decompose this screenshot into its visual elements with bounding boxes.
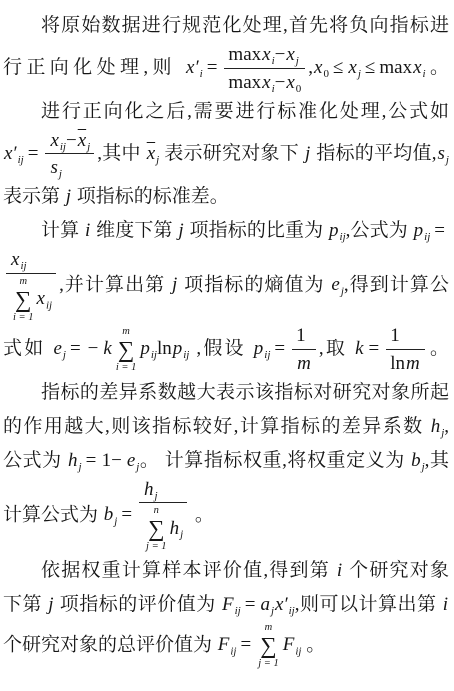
math-operator: ≤ <box>365 57 375 78</box>
fraction-numerator: xij <box>6 248 56 273</box>
text-run: 项指标的标准差。 <box>72 186 229 207</box>
math-var: a <box>260 594 270 615</box>
math-func: max <box>228 44 261 65</box>
math-var: h <box>170 518 180 539</box>
math-var: p <box>414 220 424 241</box>
math-subscript: j <box>87 141 90 153</box>
math-operator: = <box>274 338 285 359</box>
math-subscript: ij <box>46 299 52 311</box>
text-run: 将原始数据进行规范化处理,首先将负向指标进 <box>41 15 449 36</box>
math-subscript: ij <box>264 349 270 361</box>
math-func: ln <box>390 353 405 374</box>
math-var-overbar: x <box>147 143 155 164</box>
math-var: F <box>222 594 234 615</box>
fraction-denominator: m <box>292 349 316 376</box>
text-run: 依据权重计算样本评价值,得到第 <box>41 560 336 581</box>
summation: m∑j = 1 <box>258 622 279 670</box>
math-subscript: ij <box>230 645 236 657</box>
math-var: x′ <box>275 594 288 615</box>
math-var: m <box>297 353 311 374</box>
sum-lower-limit: j = 1 <box>258 658 279 670</box>
math-operator: = <box>28 143 39 164</box>
math-var: i <box>443 594 448 615</box>
math-subscript: j <box>271 605 274 617</box>
math-var: s <box>50 157 57 178</box>
text-run: , <box>308 57 313 78</box>
document-page: 将原始数据进行规范化处理,首先将负向指标进 行正向化处理,则 x′i=maxxi… <box>3 9 449 670</box>
math-var: s <box>438 143 445 164</box>
math-var: x <box>286 44 294 65</box>
math-number: 1 <box>390 325 400 346</box>
math-subscript: j <box>296 55 299 67</box>
math-var: F <box>218 634 230 655</box>
math-var: k <box>103 338 111 359</box>
math-var: p <box>140 338 150 359</box>
text-run: ,则可以计算出第 <box>295 594 442 615</box>
paragraph-1: 将原始数据进行规范化处理,首先将负向指标进 行正向化处理,则 x′i=maxxi… <box>3 9 449 95</box>
p5-line2: 下第 j 项指标的评价值为 Fij=ajx′ij,则可以计算出第 i <box>3 588 449 622</box>
p4-line1: 指标的差异系数越大表示该指标对研究对象所起 <box>3 376 449 410</box>
paragraph-3: 计算 i 维度下第 j 项指标的比重为 pij,公式为 pij= xijm∑i … <box>3 214 449 376</box>
math-operator: = <box>241 634 252 655</box>
math-operator: = <box>245 594 256 615</box>
text-run: 项指标的熵值为 <box>178 274 330 295</box>
sigma-symbol: ∑ <box>260 634 276 658</box>
math-subscript: 0 <box>323 68 329 80</box>
text-run: 项指标的评价值为 <box>55 594 221 615</box>
text-run: ,其中 <box>97 143 146 164</box>
p3-line3: 式如 ej= −km∑i = 1pijlnpij ,假设 pij=1m,取 k=… <box>3 324 449 376</box>
math-var: h <box>68 450 78 471</box>
text-run: 计算公式为 <box>3 504 103 525</box>
text-run: 式如 <box>3 338 52 359</box>
math-operator: − <box>275 72 286 93</box>
p2-line1: 进行正向化之后,需要进行标准化处理,公式如 <box>3 95 449 129</box>
sum-upper-limit: m <box>19 276 27 288</box>
math-var: x <box>286 72 294 93</box>
text-run: 进行正向化之后,需要进行标准化处理,公式如 <box>41 101 449 122</box>
math-operator: = <box>434 220 445 241</box>
fraction-denominator: m∑i = 1xij <box>6 273 56 324</box>
text-run: 。 <box>426 57 449 78</box>
text-run: 维度下第 <box>91 220 177 241</box>
math-subscript: j <box>114 515 117 527</box>
p2-line2: x′ij=xij−xjsj,其中 xj 表示研究对象下 j 指标的平均值,sj <box>3 129 449 181</box>
summation: m∑i = 1 <box>116 326 137 374</box>
text-run: 。 计算指标权重,将权重定义为 <box>139 450 410 471</box>
math-operator: = <box>369 338 380 359</box>
math-var: p <box>173 338 183 359</box>
math-func: ln <box>157 338 172 359</box>
math-var: x <box>37 288 45 309</box>
sum-upper-limit: m <box>122 326 130 338</box>
math-var: p <box>329 220 339 241</box>
text-run: ,取 <box>319 338 354 359</box>
math-var: x <box>314 57 322 78</box>
text-run: 行正向化处理,则 <box>3 57 185 78</box>
math-func: max <box>379 57 412 78</box>
text-run: 表示研究对象下 <box>159 143 304 164</box>
math-subscript: j <box>180 529 183 541</box>
math-subscript: i <box>200 68 203 80</box>
math-operator: − <box>66 130 77 151</box>
fraction: 1lnm <box>386 324 425 376</box>
text-run: 计算 <box>41 220 84 241</box>
text-run: 。 <box>190 504 214 525</box>
math-var: x <box>348 57 356 78</box>
text-run: 下第 <box>3 594 47 615</box>
paragraph-4: 指标的差异系数越大表示该指标对研究对象所起 的作用越大,则该指标较好,计算指标的… <box>3 376 449 554</box>
p2-line3: 表示第 j 项指标的标准差。 <box>3 180 449 214</box>
sum-lower-limit: i = 1 <box>116 362 137 374</box>
text-run: 表示第 <box>3 186 65 207</box>
fraction-numerator: maxxi−xj <box>224 43 305 68</box>
summation: n∑j = 1 <box>146 505 167 553</box>
fraction-numerator: 1 <box>386 324 425 349</box>
math-var: b <box>104 504 114 525</box>
math-operator: = <box>207 57 218 78</box>
math-var: e <box>331 274 339 295</box>
text-run: 。 <box>301 634 325 655</box>
math-subscript: ij <box>424 231 430 243</box>
math-var: j <box>305 143 310 164</box>
math-var: j <box>66 186 71 207</box>
math-var: F <box>283 634 295 655</box>
math-var: x <box>50 130 58 151</box>
text-run: , <box>444 416 449 437</box>
fraction-numerator: hj <box>139 478 187 503</box>
text-run: 的作用越大,则该指标较好,计算指标的差异系数 <box>3 416 430 437</box>
math-var: x′ <box>186 57 199 78</box>
sigma-symbol: ∑ <box>148 517 164 541</box>
math-operator: = 1− <box>86 450 122 471</box>
math-var-overbar: x <box>78 130 86 151</box>
math-subscript: j <box>155 490 158 502</box>
text-run: ,公式为 <box>346 220 413 241</box>
math-subscript: j <box>446 154 449 166</box>
math-number: 1 <box>296 325 306 346</box>
p5-line1: 依据权重计算样本评价值,得到第 i 个研究对象 <box>3 554 449 588</box>
fraction-denominator: n∑j = 1hj <box>139 502 187 553</box>
math-var: e <box>127 450 135 471</box>
math-var: x <box>413 57 421 78</box>
fraction: hjn∑j = 1hj <box>139 478 187 554</box>
fraction: 1m <box>292 324 316 376</box>
math-func: max <box>228 72 261 93</box>
math-var: i <box>85 220 90 241</box>
math-var: h <box>431 416 441 437</box>
paragraph-5: 依据权重计算样本评价值,得到第 i 个研究对象 下第 j 项指标的评价值为 Fi… <box>3 554 449 670</box>
text-run: ,假设 <box>189 338 252 359</box>
math-operator: = − <box>70 338 98 359</box>
math-subscript: j <box>63 349 66 361</box>
math-var: j <box>48 594 53 615</box>
text-run: 。 <box>428 338 449 359</box>
math-var: j <box>178 220 183 241</box>
math-var: x <box>262 44 270 65</box>
math-var: i <box>337 560 342 581</box>
p5-line3: 个研究对象的总评价值为 Fij=m∑j = 1Fij 。 <box>3 622 449 670</box>
text-run: 个研究对象 <box>343 560 449 581</box>
p1-line2: 行正向化处理,则 x′i=maxxi−xjmaxxi−x0,x0≤xj≤maxx… <box>3 43 449 95</box>
text-run: 项指标的比重为 <box>185 220 328 241</box>
text-run: 指标的差异系数越大表示该指标对研究对象所起 <box>41 382 449 403</box>
summation: m∑i = 1 <box>13 276 34 324</box>
math-var: e <box>53 338 61 359</box>
p4-line4: 计算公式为 bj=hjn∑j = 1hj 。 <box>3 478 449 554</box>
math-operator: = <box>121 504 132 525</box>
math-subscript: ij <box>235 605 241 617</box>
text-run: 公式为 <box>3 450 67 471</box>
text-run: 指标的平均值, <box>311 143 436 164</box>
math-subscript: j <box>79 461 82 473</box>
sum-upper-limit: m <box>265 622 273 634</box>
math-subscript: ij <box>20 260 26 272</box>
sigma-symbol: ∑ <box>15 288 31 312</box>
math-var: x <box>11 249 19 270</box>
math-var: x′ <box>4 143 17 164</box>
fraction-denominator: sj <box>45 153 94 180</box>
paragraph-2: 进行正向化之后,需要进行标准化处理,公式如 x′ij=xij−xjsj,其中 x… <box>3 95 449 215</box>
fraction-numerator: xij−xj <box>45 129 94 154</box>
math-subscript: ij <box>18 154 24 166</box>
math-var: k <box>355 338 363 359</box>
math-subscript: 0 <box>296 83 302 95</box>
fraction-denominator: lnm <box>386 349 425 376</box>
math-var: b <box>411 450 421 471</box>
math-subscript: j <box>59 168 62 180</box>
math-operator: − <box>275 44 286 65</box>
text-run: ,其 <box>425 450 449 471</box>
fraction-denominator: maxxi−x0 <box>224 68 305 95</box>
p1-line1: 将原始数据进行规范化处理,首先将负向指标进 <box>3 9 449 43</box>
p4-line3: 公式为 hj= 1−ej。 计算指标权重,将权重定义为 bj,其 <box>3 444 449 478</box>
sum-lower-limit: i = 1 <box>13 312 34 324</box>
fraction: maxxi−xjmaxxi−x0 <box>224 43 305 95</box>
text-run: 个研究对象的总评价值为 <box>3 634 217 655</box>
math-subscript: j <box>358 68 361 80</box>
p3-line2: xijm∑i = 1xij,并计算出第 j 项指标的熵值为 ej,得到计算公 <box>3 248 449 324</box>
math-var: p <box>254 338 264 359</box>
p3-line1: 计算 i 维度下第 j 项指标的比重为 pij,公式为 pij= <box>3 214 449 248</box>
p4-line2: 的作用越大,则该指标较好,计算指标的差异系数 hj, <box>3 410 449 444</box>
math-var: m <box>406 353 420 374</box>
text-run: ,并计算出第 <box>59 274 171 295</box>
text-run: ,得到计算公 <box>344 274 449 295</box>
math-operator: ≤ <box>333 57 343 78</box>
fraction: xij−xjsj <box>45 129 94 181</box>
math-var: h <box>144 479 154 500</box>
sum-lower-limit: j = 1 <box>146 541 167 553</box>
fraction-numerator: 1 <box>292 324 316 349</box>
math-var: x <box>262 72 270 93</box>
fraction: xijm∑i = 1xij <box>6 248 56 324</box>
math-var: j <box>172 274 177 295</box>
sigma-symbol: ∑ <box>118 338 134 362</box>
